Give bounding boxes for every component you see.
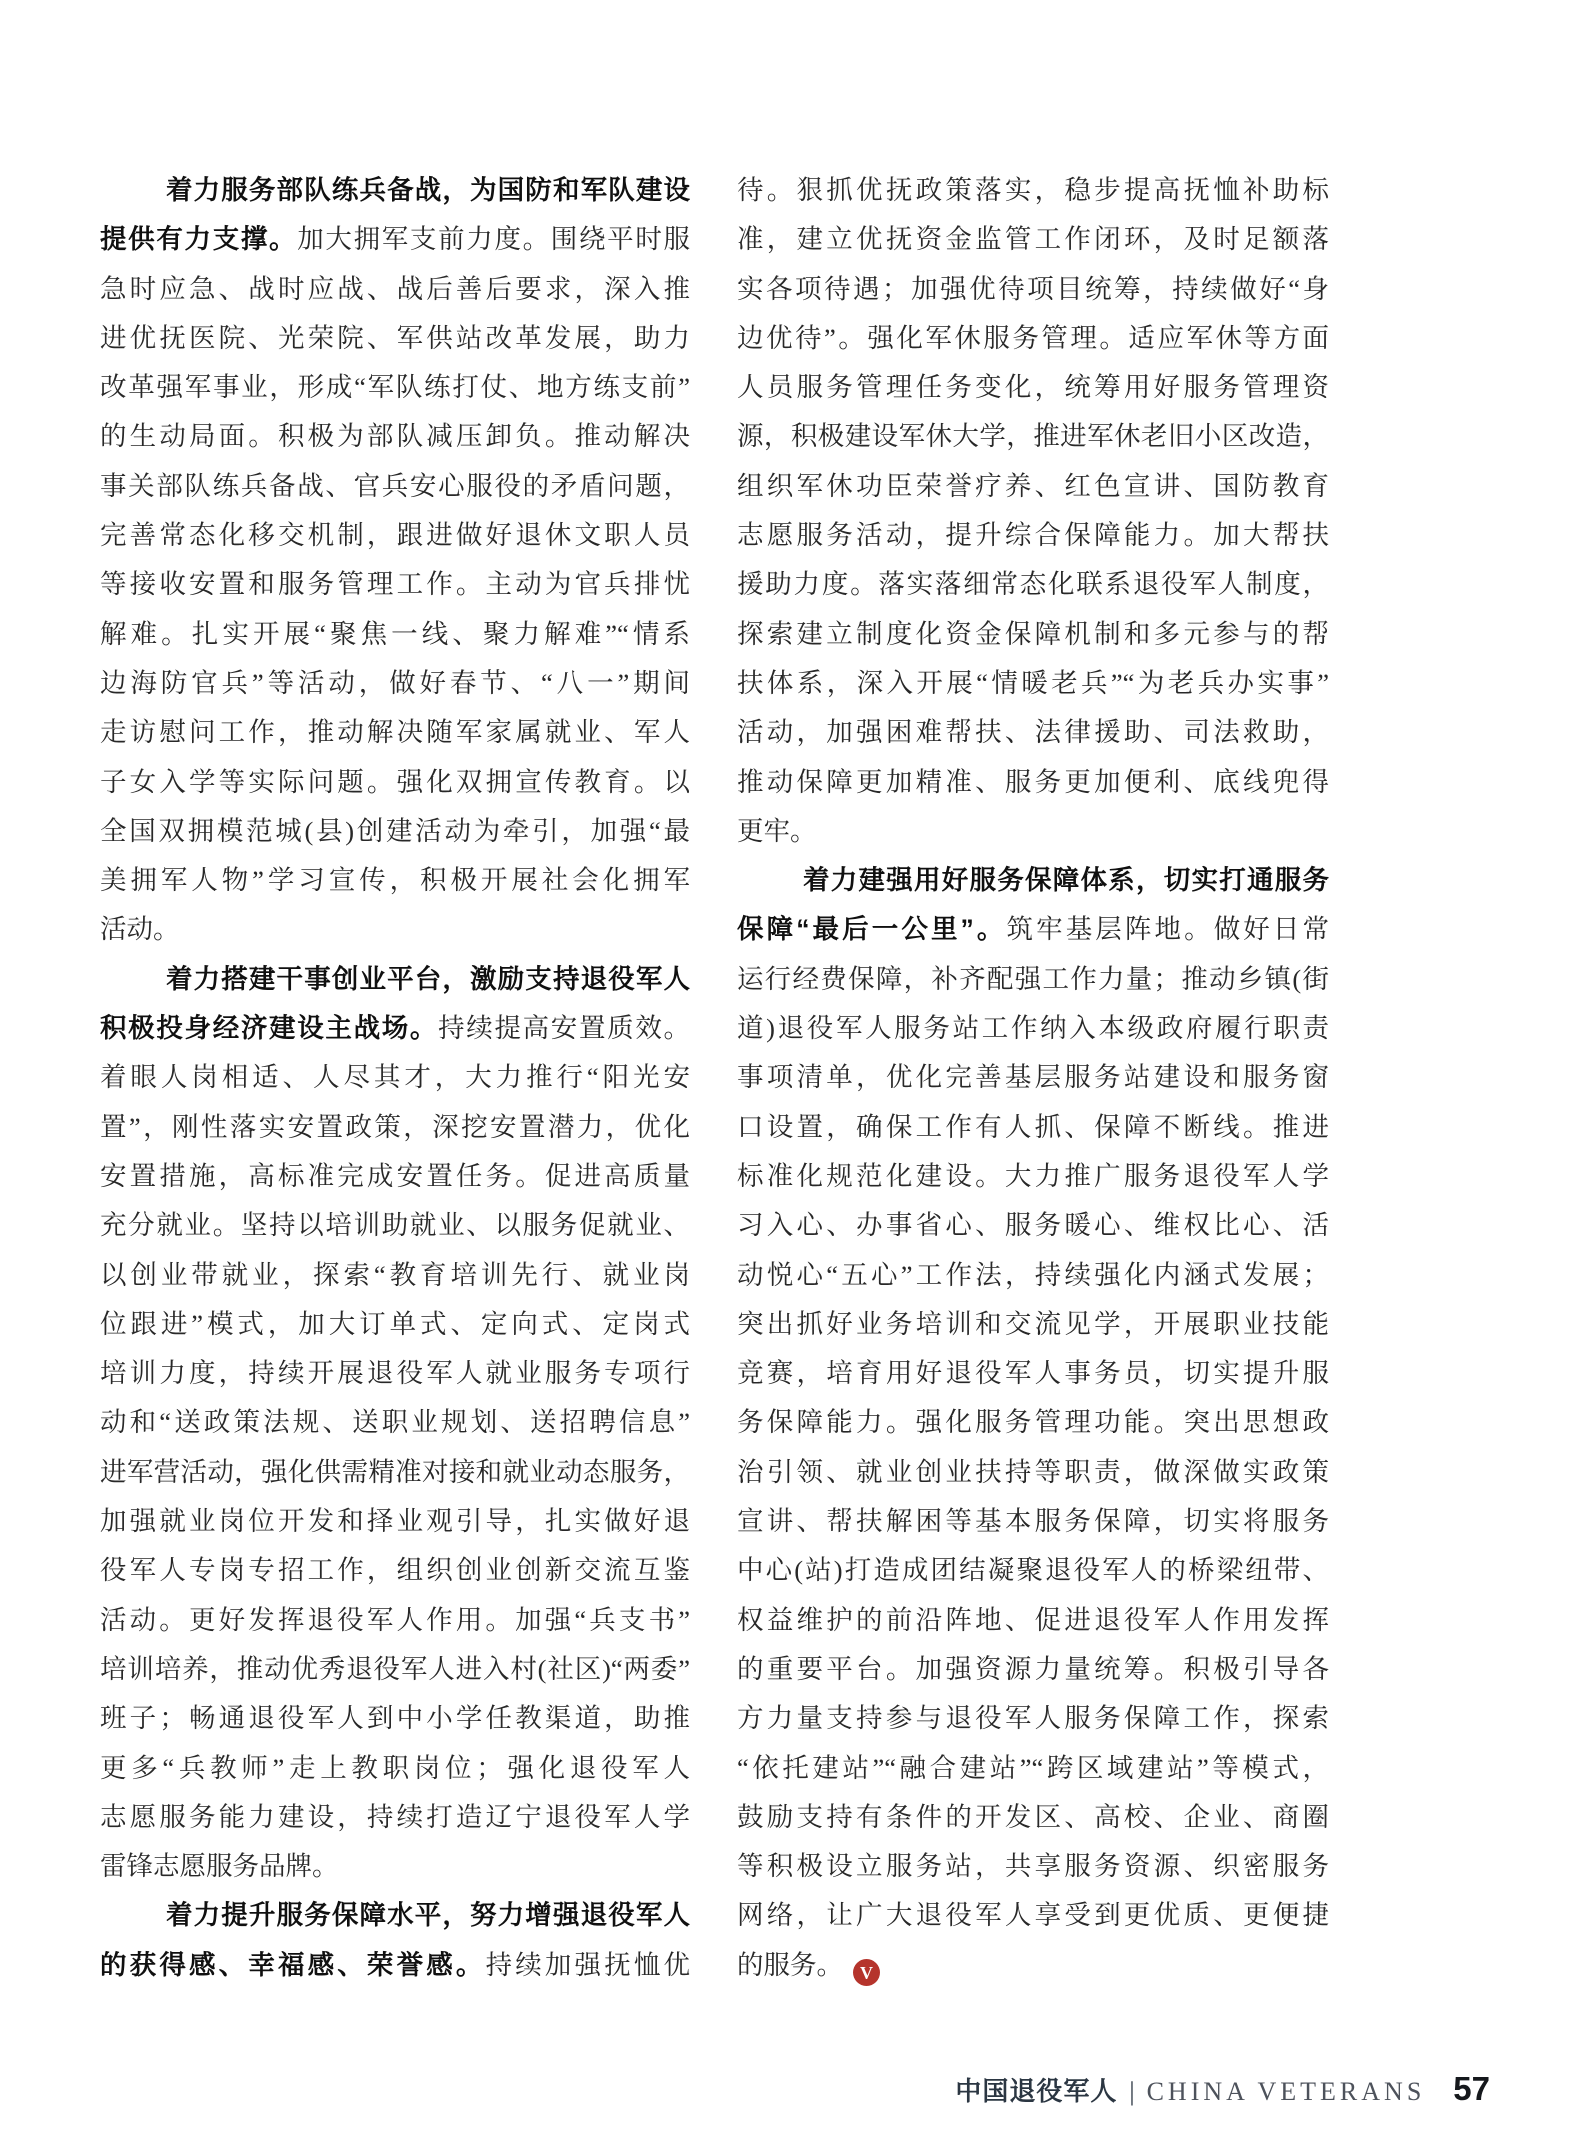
text-line: 培训力度，持续开展退役军人就业服务专项行V (100, 1349, 690, 1398)
text-line: 志愿服务能力建设，持续打造辽宁退役军人学V (100, 1793, 690, 1842)
magazine-title-en: CHINA VETERANS (1147, 2077, 1426, 2107)
body-text: 动和“送政策法规、送职业规划、送招聘信息” (100, 1407, 690, 1437)
text-line: 美拥军人物”学习宣传，积极开展社会化拥军V (100, 856, 690, 905)
body-text: 充分就业。坚持以培训助就业、以服务促就业、 (100, 1210, 690, 1240)
body-text: 务保障能力。强化服务管理功能。突出思想政 (737, 1407, 1329, 1437)
text-line: 的重要平台。加强资源力量统筹。积极引导各V (737, 1645, 1329, 1694)
text-line: 位跟进”模式，加大订单式、定向式、定岗式V (100, 1300, 690, 1349)
body-text: 子女入学等实际问题。强化双拥宣传教育。以 (100, 767, 690, 797)
text-line: 源，积极建设军休大学，推进军休老旧小区改造，V (737, 412, 1329, 461)
text-line: 志愿服务活动，提升综合保障能力。加大帮扶V (737, 511, 1329, 560)
body-text: 筑牢基层阵地。做好日常 (1007, 914, 1330, 944)
text-line: 治引领、就业创业扶持等职责，做深做实政策V (737, 1448, 1329, 1497)
body-text: 运行经费保障，补齐配强工作力量；推动乡镇(街 (737, 964, 1329, 994)
body-text: 援助力度。落实落细常态化联系退役军人制度， (737, 569, 1329, 599)
text-line: 标准化规范化建设。大力推广服务退役军人学V (737, 1152, 1329, 1201)
body-text: 以创业带就业，探索“教育培训先行、就业岗 (100, 1260, 690, 1290)
text-line: 解难。扎实开展“聚焦一线、聚力解难”“情系V (100, 610, 690, 659)
text-line: 动和“送政策法规、送职业规划、送招聘信息”V (100, 1398, 690, 1447)
text-line: 保障“最后一公里”。筑牢基层阵地。做好日常V (737, 905, 1329, 954)
body-text: 探索建立制度化资金保障机制和多元参与的帮 (737, 619, 1329, 649)
page-number: 57 (1453, 2070, 1490, 2108)
body-text: 的生动局面。积极为部队减压卸负。推动解决 (100, 421, 690, 451)
text-line: 充分就业。坚持以培训助就业、以服务促就业、V (100, 1201, 690, 1250)
text-line: 改革强军事业，形成“军队练打仗、地方练支前”V (100, 363, 690, 412)
body-text: 待。狠抓优抚政策落实，稳步提高抚恤补助标 (737, 175, 1329, 205)
article-end-icon: V (853, 1959, 880, 1986)
body-text: 活动。更好发挥退役军人作用。加强“兵支书” (100, 1605, 690, 1635)
body-text: 边海防官兵”等活动，做好春节、“八一”期间 (100, 668, 690, 698)
text-line: 权益维护的前沿阵地、促进退役军人作用发挥V (737, 1596, 1329, 1645)
text-line: 积极投身经济建设主战场。持续提高安置质效。V (100, 1004, 690, 1053)
body-text: 役军人专岗专招工作，组织创业创新交流互鉴 (100, 1555, 690, 1585)
text-line: 子女入学等实际问题。强化双拥宣传教育。以V (100, 758, 690, 807)
body-text: 组织军休功臣荣誉疗养、红色宣讲、国防教育 (737, 471, 1329, 501)
body-text: 扶体系，深入开展“情暖老兵”“为老兵办实事” (737, 668, 1329, 698)
text-line: 突出抓好业务培训和交流见学，开展职业技能V (737, 1300, 1329, 1349)
text-line: 班子；畅通退役军人到中小学任教渠道，助推V (100, 1694, 690, 1743)
text-line: 加强就业岗位开发和择业观引导，扎实做好退V (100, 1497, 690, 1546)
bold-lead-text: 着力搭建干事创业平台，激励支持退役军人 (166, 964, 690, 994)
bold-lead-text: 的获得感、幸福感、荣誉感。 (100, 1950, 486, 1980)
body-text: 源，积极建设军休大学，推进军休老旧小区改造， (737, 421, 1329, 451)
body-text: 雷锋志愿服务品牌。 (100, 1851, 339, 1881)
text-line: 竞赛，培育用好退役军人事务员，切实提升服V (737, 1349, 1329, 1398)
body-text: 活动。 (100, 914, 180, 944)
text-line: 边海防官兵”等活动，做好春节、“八一”期间V (100, 659, 690, 708)
text-line: 道)退役军人服务站工作纳入本级政府履行职责V (737, 1004, 1329, 1053)
body-text: 志愿服务能力建设，持续打造辽宁退役军人学 (100, 1802, 690, 1832)
body-text: 完善常态化移交机制，跟进做好退休文职人员 (100, 520, 690, 550)
text-line: 活动。更好发挥退役军人作用。加强“兵支书”V (100, 1596, 690, 1645)
body-text: 着眼人岗相适、人尽其才，大力推行“阳光安 (100, 1062, 690, 1092)
text-line: 准，建立优抚资金监管工作闭环，及时足额落V (737, 215, 1329, 264)
body-text: 事项清单，优化完善基层服务站建设和服务窗 (737, 1062, 1329, 1092)
body-text: 进军营活动，强化供需精准对接和就业动态服务， (100, 1457, 690, 1487)
bold-lead-text: 保障“最后一公里”。 (737, 914, 1007, 944)
body-text: 解难。扎实开展“聚焦一线、聚力解难”“情系 (100, 619, 690, 649)
bold-lead-text: 积极投身经济建设主战场。 (100, 1013, 438, 1043)
body-text: 改革强军事业，形成“军队练打仗、地方练支前” (100, 372, 690, 402)
body-text: 急时应急、战时应战、战后善后要求，深入推 (100, 274, 690, 304)
body-text: 准，建立优抚资金监管工作闭环，及时足额落 (737, 224, 1329, 254)
text-line: 组织军休功臣荣誉疗养、红色宣讲、国防教育V (737, 462, 1329, 511)
text-line: 培训培养，推动优秀退役军人进入村(社区)“两委”V (100, 1645, 690, 1694)
text-line: 进优抚医院、光荣院、军供站改革发展，助力V (100, 314, 690, 363)
text-line: 宣讲、帮扶解困等基本服务保障，切实将服务V (737, 1497, 1329, 1546)
body-text: 突出抓好业务培训和交流见学，开展职业技能 (737, 1309, 1329, 1339)
text-line: “依托建站”“融合建站”“跨区域建站”等模式，V (737, 1744, 1329, 1793)
body-text: 等接收安置和服务管理工作。主动为官兵排忧 (100, 569, 690, 599)
text-line: 习入心、办事省心、服务暖心、维权比心、活V (737, 1201, 1329, 1250)
body-text: 口设置，确保工作有人抓、保障不断线。推进 (737, 1112, 1329, 1142)
body-text: 宣讲、帮扶解困等基本服务保障，切实将服务 (737, 1506, 1329, 1536)
body-text: 培训力度，持续开展退役军人就业服务专项行 (100, 1358, 690, 1388)
footer-divider: | (1129, 2077, 1134, 2107)
text-line: 方力量支持参与退役军人服务保障工作，探索V (737, 1694, 1329, 1743)
text-line: 事项清单，优化完善基层服务站建设和服务窗V (737, 1053, 1329, 1102)
body-text: 网络，让广大退役军人享受到更优质、更便捷 (737, 1900, 1329, 1930)
text-line: 事关部队练兵备战、官兵安心服役的矛盾问题，V (100, 462, 690, 511)
body-text: 持续加强抚恤优 (486, 1950, 690, 1980)
body-text: 走访慰问工作，推动解决随军家属就业、军人 (100, 717, 690, 747)
text-line: 活动，加强困难帮扶、法律援助、司法救助，V (737, 708, 1329, 757)
text-line: 全国双拥模范城(县)创建活动为牵引，加强“最V (100, 807, 690, 856)
body-text: 事关部队练兵备战、官兵安心服役的矛盾问题， (100, 471, 690, 501)
body-text: 人员服务管理任务变化，统筹用好服务管理资 (737, 372, 1329, 402)
body-text: 道)退役军人服务站工作纳入本级政府履行职责 (737, 1013, 1329, 1043)
body-text: 动悦心“五心”工作法，持续强化内涵式发展； (737, 1260, 1329, 1290)
bold-lead-text: 着力服务部队练兵备战，为国防和军队建设 (166, 175, 690, 205)
text-line: 实各项待遇；加强优待项目统筹，持续做好“身V (737, 265, 1329, 314)
body-text: 持续提高安置质效。 (438, 1013, 690, 1043)
magazine-page: 着力服务部队练兵备战，为国防和军队建设V 提供有力支撑。加大拥军支前力度。围绕平… (0, 0, 1587, 2154)
bold-lead-text: 着力提升服务保障水平，努力增强退役军人 (166, 1900, 690, 1930)
text-line: 以创业带就业，探索“教育培训先行、就业岗V (100, 1251, 690, 1300)
body-text: 班子；畅通退役军人到中小学任教渠道，助推 (100, 1703, 690, 1733)
text-line: 着眼人岗相适、人尽其才，大力推行“阳光安V (100, 1053, 690, 1102)
body-text: 习入心、办事省心、服务暖心、维权比心、活 (737, 1210, 1329, 1240)
body-text: 竞赛，培育用好退役军人事务员，切实提升服 (737, 1358, 1329, 1388)
body-text: 更多“兵教师”走上教职岗位；强化退役军人 (100, 1753, 690, 1783)
text-line: 着力提升服务保障水平，努力增强退役军人V (100, 1891, 690, 1940)
text-line: 更牢。V (737, 807, 1329, 856)
text-line: 动悦心“五心”工作法，持续强化内涵式发展；V (737, 1251, 1329, 1300)
text-line: 网络，让广大退役军人享受到更优质、更便捷V (737, 1891, 1329, 1940)
text-line: 走访慰问工作，推动解决随军家属就业、军人V (100, 708, 690, 757)
text-line: 提供有力支撑。加大拥军支前力度。围绕平时服务、V (100, 215, 690, 264)
text-line: 的服务。V (737, 1941, 1329, 1990)
body-text: 位跟进”模式，加大订单式、定向式、定岗式 (100, 1309, 690, 1339)
body-text: 治引领、就业创业扶持等职责，做深做实政策 (737, 1457, 1329, 1487)
text-line: 进军营活动，强化供需精准对接和就业动态服务，V (100, 1448, 690, 1497)
text-line: 人员服务管理任务变化，统筹用好服务管理资V (737, 363, 1329, 412)
text-line: 的获得感、幸福感、荣誉感。持续加强抚恤优V (100, 1941, 690, 1990)
text-line: 急时应急、战时应战、战后善后要求，深入推V (100, 265, 690, 314)
text-line: 中心(站)打造成团结凝聚退役军人的桥梁纽带、V (737, 1546, 1329, 1595)
body-text: 实各项待遇；加强优待项目统筹，持续做好“身 (737, 274, 1329, 304)
magazine-title-cn: 中国退役军人 (955, 2071, 1117, 2108)
body-text: 边优待”。强化军休服务管理。适应军休等方面 (737, 323, 1329, 353)
text-line: 运行经费保障，补齐配强工作力量；推动乡镇(街V (737, 955, 1329, 1004)
text-line: 援助力度。落实落细常态化联系退役军人制度，V (737, 560, 1329, 609)
bold-lead-text: 着力建强用好服务保障体系，切实打通服务 (803, 865, 1329, 895)
body-text: 安置措施，高标准完成安置任务。促进高质量 (100, 1161, 690, 1191)
text-line: 着力建强用好服务保障体系，切实打通服务V (737, 856, 1329, 905)
text-line: 置”，刚性落实安置政策，深挖安置潜力，优化V (100, 1103, 690, 1152)
body-text: 美拥军人物”学习宣传，积极开展社会化拥军 (100, 865, 690, 895)
text-line: 更多“兵教师”走上教职岗位；强化退役军人V (100, 1744, 690, 1793)
text-line: 安置措施，高标准完成安置任务。促进高质量V (100, 1152, 690, 1201)
body-text: 标准化规范化建设。大力推广服务退役军人学 (737, 1161, 1329, 1191)
text-line: 务保障能力。强化服务管理功能。突出思想政V (737, 1398, 1329, 1447)
body-text: 方力量支持参与退役军人服务保障工作，探索 (737, 1703, 1329, 1733)
body-text: 推动保障更加精准、服务更加便利、底线兜得 (737, 767, 1329, 797)
body-text: 置”，刚性落实安置政策，深挖安置潜力，优化 (100, 1112, 690, 1142)
bold-lead-text: 提供有力支撑。 (100, 224, 297, 254)
body-text: 等积极设立服务站，共享服务资源、织密服务 (737, 1851, 1329, 1881)
text-line: 等积极设立服务站，共享服务资源、织密服务V (737, 1842, 1329, 1891)
body-text: 中心(站)打造成团结凝聚退役军人的桥梁纽带、 (737, 1555, 1329, 1585)
text-line: 活动。V (100, 905, 690, 954)
text-line: 役军人专岗专招工作，组织创业创新交流互鉴V (100, 1546, 690, 1595)
text-line: 鼓励支持有条件的开发区、高校、企业、商圈V (737, 1793, 1329, 1842)
text-line: 着力服务部队练兵备战，为国防和军队建设V (100, 166, 690, 215)
body-text: 加强就业岗位开发和择业观引导，扎实做好退 (100, 1506, 690, 1536)
text-line: 边优待”。强化军休服务管理。适应军休等方面V (737, 314, 1329, 363)
body-text: 鼓励支持有条件的开发区、高校、企业、商圈 (737, 1802, 1329, 1832)
body-text: 的重要平台。加强资源力量统筹。积极引导各 (737, 1654, 1329, 1684)
text-line: 等接收安置和服务管理工作。主动为官兵排忧V (100, 560, 690, 609)
body-text: 志愿服务活动，提升综合保障能力。加大帮扶 (737, 520, 1329, 550)
page-footer: 中国退役军人 | CHINA VETERANS 57 (0, 2070, 1490, 2108)
body-text: 更牢。 (737, 816, 817, 846)
text-line: 探索建立制度化资金保障机制和多元参与的帮V (737, 610, 1329, 659)
text-line: 扶体系，深入开展“情暖老兵”“为老兵办实事”V (737, 659, 1329, 708)
text-line: 雷锋志愿服务品牌。V (100, 1842, 690, 1891)
body-text: 的服务。 (737, 1950, 843, 1980)
body-text: 培训培养，推动优秀退役军人进入村(社区)“两委” (100, 1654, 690, 1684)
text-line: 待。狠抓优抚政策落实，稳步提高抚恤补助标V (737, 166, 1329, 215)
body-text: 进优抚医院、光荣院、军供站改革发展，助力 (100, 323, 690, 353)
text-line: 完善常态化移交机制，跟进做好退休文职人员V (100, 511, 690, 560)
text-line: 的生动局面。积极为部队减压卸负。推动解决V (100, 412, 690, 461)
text-line: 着力搭建干事创业平台，激励支持退役军人V (100, 955, 690, 1004)
body-text: 活动，加强困难帮扶、法律援助、司法救助， (737, 717, 1329, 747)
article-column-right: 待。狠抓优抚政策落实，稳步提高抚恤补助标V 准，建立优抚资金监管工作闭环，及时足… (737, 166, 1329, 1990)
body-text: 权益维护的前沿阵地、促进退役军人作用发挥 (737, 1605, 1329, 1635)
article-column-left: 着力服务部队练兵备战，为国防和军队建设V 提供有力支撑。加大拥军支前力度。围绕平… (100, 166, 690, 1990)
body-text: “依托建站”“融合建站”“跨区域建站”等模式， (737, 1753, 1329, 1783)
text-line: 推动保障更加精准、服务更加便利、底线兜得V (737, 758, 1329, 807)
text-line: 口设置，确保工作有人抓、保障不断线。推进V (737, 1103, 1329, 1152)
body-text: 全国双拥模范城(县)创建活动为牵引，加强“最 (100, 816, 690, 846)
